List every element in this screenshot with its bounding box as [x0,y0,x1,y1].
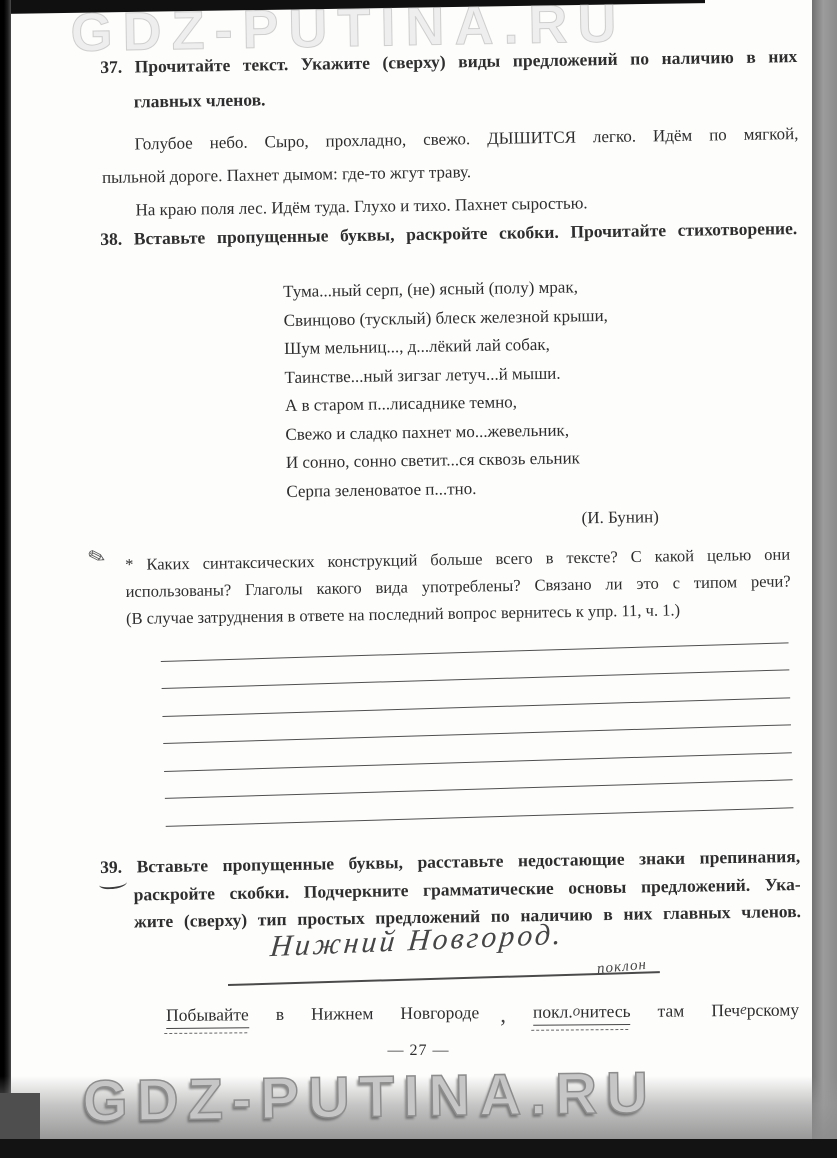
watermark-bottom-band: GDZ-PUTINA.RU [0,1076,837,1140]
sentence-word-predicate: покл.онитесь [533,1001,631,1023]
scan-corner-bottom-left [0,1093,40,1139]
page-number: — 27 — [0,1042,837,1060]
sentence-word: в [276,1004,284,1025]
poem-line: Серпа зеленоватое п...тно. [286,471,668,505]
exercise-39-number: 39. [100,857,122,877]
handwritten-check-word: поклон [596,957,647,978]
watermark-bottom: GDZ-PUTINA.RU [82,1059,657,1135]
exercise-37: 37. Прочитайте текст. Укажите (сверху) в… [100,39,800,227]
exercise-37-number: 37. [100,57,122,77]
word-prefix: покл. [533,1001,573,1021]
sentence-word: Печерскому [711,999,799,1021]
sentence-word: Новгороде [400,1002,479,1024]
handwritten-letter-insert: о [573,1003,581,1019]
sentence-word-predicate: Побывайте [166,1004,249,1026]
poem: Тума...ный серп, (не) ясный (полу) мрак,… [283,272,669,537]
exercise-39-sentence: Побывайте в Нижнем Новгороде , покл.онит… [166,995,799,1027]
scan-edge-left [0,0,11,1158]
exercise-37-title: Прочитайте текст. Укажите (сверху) виды … [135,46,798,76]
answer-lines [160,615,793,826]
pencil-icon: ✎ [85,543,109,571]
scan-edge-right [812,0,837,1146]
scan-edge-bottom [0,1139,837,1158]
word-suffix: рскому [747,999,800,1019]
handwriting-rule-line [228,971,660,986]
sentence-word: Нижнем [311,1003,373,1025]
poem-attribution: (И. Бунин) [287,503,669,537]
handwritten-letter-insert: е [740,1002,747,1018]
exercise-38-number: 38. [100,229,122,249]
handwritten-comma: , [500,1002,506,1028]
scanned-workbook-page: GDZ-PUTINA.RU 37. Прочитайте текст. Укаж… [0,0,837,1158]
word-suffix: нитесь [580,1001,631,1021]
sentence-word: там [657,1000,684,1021]
word-prefix: Печ [711,1000,740,1020]
exercise-37-text: Голубое небо. Сыро, прохладно, свежо. ДЫ… [101,117,799,227]
exercise-38-title: Вставьте пропущенные буквы, раскройте ск… [134,218,798,248]
